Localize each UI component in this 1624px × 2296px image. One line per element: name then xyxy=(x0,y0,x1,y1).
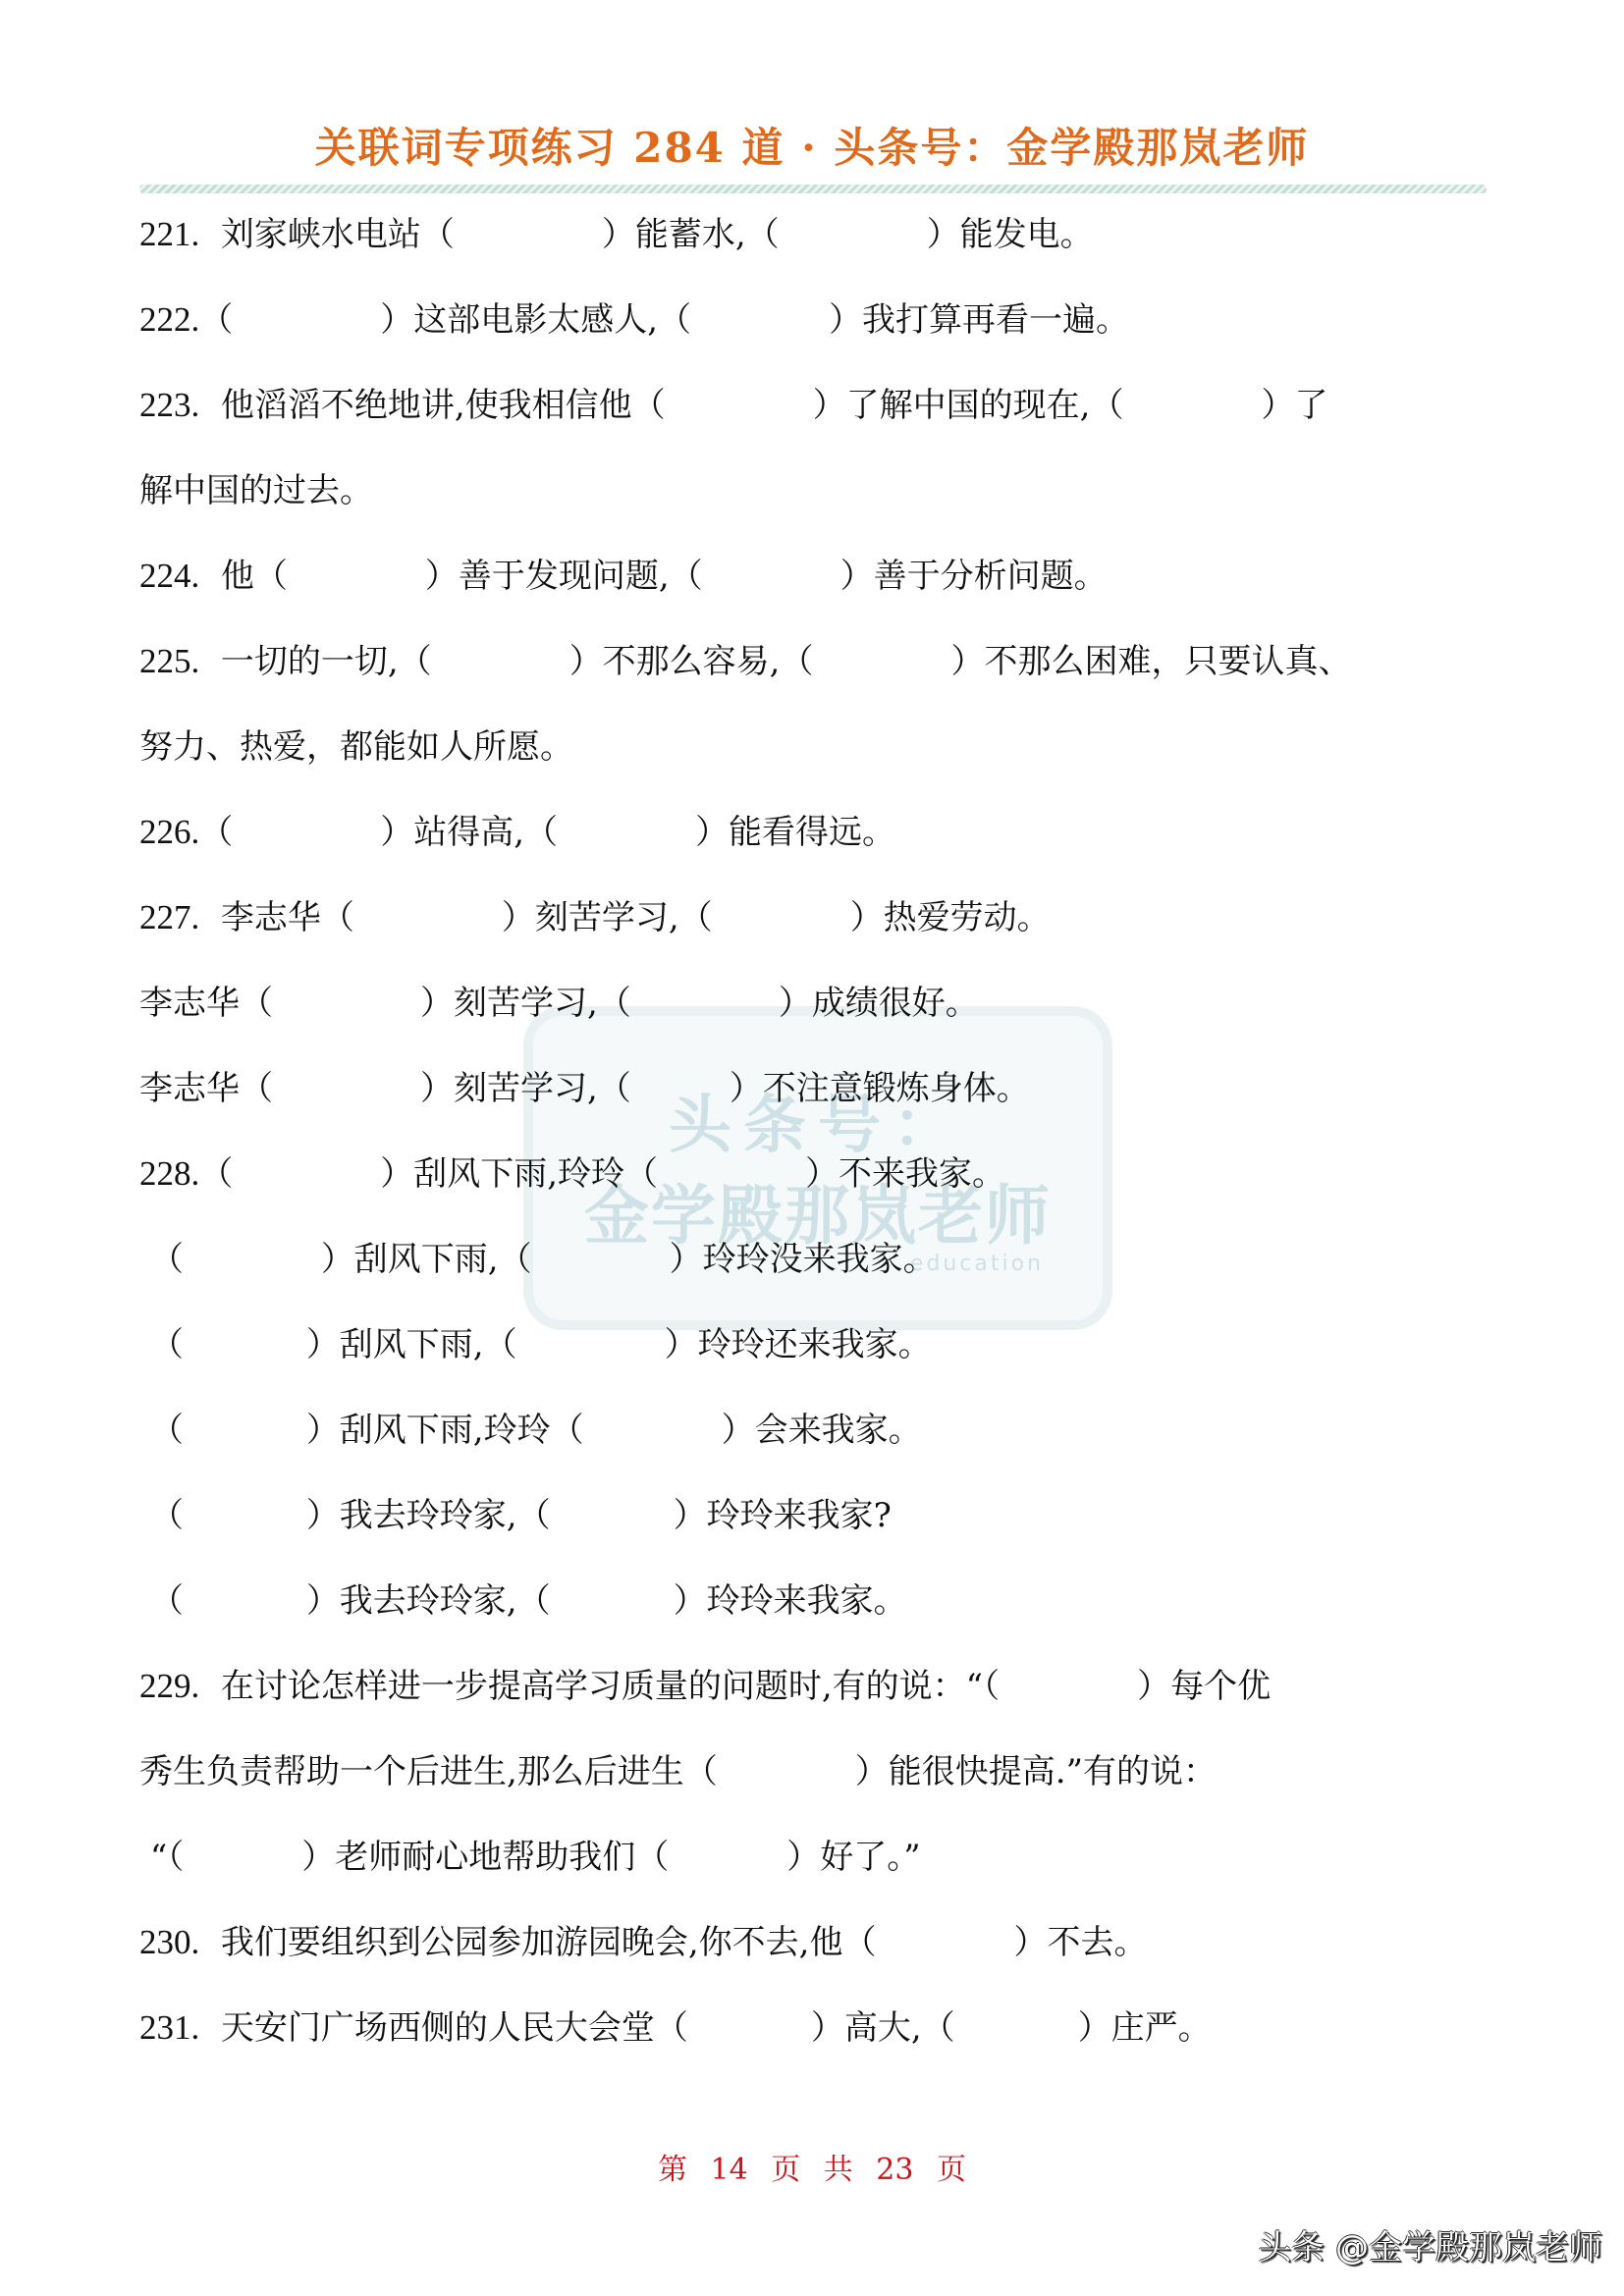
question-225: 225. 一切的一切,（）不那么容易,（）不那么困难，只要认真、 xyxy=(139,633,1494,690)
question-text: ）善于发现问题,（ xyxy=(425,557,703,596)
question-text: ）刻苦学习,（ xyxy=(420,1069,631,1108)
question-text: 他（ xyxy=(221,557,288,596)
question-text: ）了 xyxy=(1262,386,1328,425)
question-text: ）会来我家。 xyxy=(722,1411,922,1450)
question-227: 227. 李志华（）刻苦学习,（）热爱劳动。 xyxy=(139,889,1494,946)
question-text: （ xyxy=(150,1496,184,1535)
page-indicator: 第 14 页 共 23 页 xyxy=(0,2145,1624,2188)
question-text: ）老师耐心地帮助我们（ xyxy=(301,1838,669,1877)
question-224: 224. 他（）善于发现问题,（）善于分析问题。 xyxy=(139,548,1494,605)
brand-watermark: 头条 @金学殿那岚老师 xyxy=(1258,2220,1602,2269)
question-text: 我们要组织到公园参加游园晚会,你不去,他（ xyxy=(221,1923,877,1962)
question-text: ）热爱劳动。 xyxy=(850,898,1051,937)
question-text: （ xyxy=(199,300,233,340)
question-text: ）庄严。 xyxy=(1078,2008,1212,2048)
question-number: 221. xyxy=(139,206,199,263)
question-223-continued: 解中国的过去。 xyxy=(139,462,1494,519)
question-text: ）玲玲还来我家。 xyxy=(665,1325,932,1364)
question-text: ）能看得远。 xyxy=(695,813,895,852)
question-228-sub-6: （）我去玲玲家,（）玲玲来我家。 xyxy=(139,1573,1494,1629)
question-number: 224. xyxy=(139,548,199,605)
question-text: 解中国的过去。 xyxy=(139,471,373,510)
question-text: ）我去玲玲家,（ xyxy=(306,1496,551,1535)
question-text: ）不注意锻炼身体。 xyxy=(730,1069,1030,1108)
question-text: 刘家峡水电站（ xyxy=(221,215,455,254)
question-number: 229. xyxy=(139,1658,199,1715)
question-number: 231. xyxy=(139,2000,199,2056)
question-text: ）刻苦学习,（ xyxy=(420,984,631,1023)
question-text: ）不去。 xyxy=(1014,1923,1148,1962)
question-text: 李志华（ xyxy=(221,898,354,937)
question-text: ）不那么困难，只要认真、 xyxy=(951,642,1352,681)
question-227-sub-3: 李志华（）刻苦学习,（）不注意锻炼身体。 xyxy=(139,1060,1494,1117)
question-text: ）我去玲玲家,（ xyxy=(306,1581,551,1621)
question-text: ）好了。” xyxy=(786,1838,920,1877)
question-text: 努力、热爱，都能如人所愿。 xyxy=(139,727,573,767)
question-229: 229. 在讨论怎样进一步提高学习质量的问题时,有的说：“（）每个优 xyxy=(139,1658,1494,1715)
question-text: ）成绩很好。 xyxy=(779,984,979,1023)
question-225-continued: 努力、热爱，都能如人所愿。 xyxy=(139,719,1494,775)
question-text: ）刮风下雨,玲玲（ xyxy=(306,1411,584,1450)
question-text: “（ xyxy=(150,1838,184,1877)
question-text: 李志华（ xyxy=(139,984,273,1023)
question-text: ）这部电影太感人,（ xyxy=(380,300,691,340)
question-text: 在讨论怎样进一步提高学习质量的问题时,有的说：“（ xyxy=(221,1667,1000,1706)
question-text: ）能蓄水,（ xyxy=(602,215,780,254)
question-231: 231. 天安门广场西侧的人民大会堂（）高大,（）庄严。 xyxy=(139,2000,1494,2056)
question-text: 秀生负责帮助一个后进生,那么后进生（ xyxy=(139,1752,718,1791)
question-number: 230. xyxy=(139,1914,199,1971)
question-number: 228. xyxy=(139,1146,199,1202)
question-number: 225. xyxy=(139,633,199,690)
question-text: ）善于分析问题。 xyxy=(840,557,1108,596)
question-text: ）不来我家。 xyxy=(805,1154,1005,1194)
question-228: 228.（）刮风下雨,玲玲（）不来我家。 xyxy=(139,1146,1494,1202)
question-text: （ xyxy=(150,1411,184,1450)
question-text: 李志华（ xyxy=(139,1069,273,1108)
question-text: ）不那么容易,（ xyxy=(569,642,814,681)
question-text: ）玲玲来我家。 xyxy=(674,1581,907,1621)
question-222: 222.（）这部电影太感人,（）我打算再看一遍。 xyxy=(139,292,1494,348)
header-divider xyxy=(139,185,1487,193)
question-228-sub-2: （）刮风下雨,（）玲玲没来我家。 xyxy=(139,1231,1494,1288)
question-text: ）玲玲来我家? xyxy=(674,1496,892,1535)
question-text: ）刮风下雨,（ xyxy=(321,1240,532,1279)
question-text: 一切的一切,（ xyxy=(221,642,432,681)
question-text: 他滔滔不绝地讲,使我相信他（ xyxy=(221,386,666,425)
question-number: 223. xyxy=(139,377,199,434)
question-text: ）高大,（ xyxy=(811,2008,955,2048)
question-226: 226.（）站得高,（）能看得远。 xyxy=(139,804,1494,861)
question-221: 221. 刘家峡水电站（）能蓄水,（）能发电。 xyxy=(139,206,1494,263)
question-list: 221. 刘家峡水电站（）能蓄水,（）能发电。 222.（）这部电影太感人,（）… xyxy=(139,206,1494,2085)
question-text: （ xyxy=(150,1325,184,1364)
question-text: 天安门广场西侧的人民大会堂（ xyxy=(221,2008,688,2048)
question-text: ）刮风下雨,（ xyxy=(306,1325,517,1364)
question-text: ）我打算再看一遍。 xyxy=(829,300,1129,340)
question-text: ）刻苦学习,（ xyxy=(502,898,713,937)
question-223: 223. 他滔滔不绝地讲,使我相信他（）了解中国的现在,（）了 xyxy=(139,377,1494,434)
question-text: ）玲玲没来我家。 xyxy=(670,1240,937,1279)
question-text: ）刮风下雨,玲玲（ xyxy=(380,1154,658,1194)
question-228-sub-4: （）刮风下雨,玲玲（）会来我家。 xyxy=(139,1402,1494,1459)
question-text: （ xyxy=(199,1154,233,1194)
question-number: 222. xyxy=(139,292,199,348)
question-text: （ xyxy=(150,1240,184,1279)
question-text: （ xyxy=(199,813,233,852)
question-text: ）了解中国的现在,（ xyxy=(813,386,1124,425)
question-230: 230. 我们要组织到公园参加游园晚会,你不去,他（）不去。 xyxy=(139,1914,1494,1971)
question-text: ）能很快提高.”有的说： xyxy=(855,1752,1217,1791)
question-text: （ xyxy=(150,1581,184,1621)
question-text: ）每个优 xyxy=(1137,1667,1271,1706)
question-number: 227. xyxy=(139,889,199,946)
question-number: 226. xyxy=(139,804,199,861)
question-229-continued-1: 秀生负责帮助一个后进生,那么后进生（）能很快提高.”有的说： xyxy=(139,1743,1494,1800)
question-228-sub-3: （）刮风下雨,（）玲玲还来我家。 xyxy=(139,1316,1494,1373)
question-229-continued-2: “（）老师耐心地帮助我们（）好了。” xyxy=(139,1829,1494,1886)
document-title: 关联词专项练习 284 道 · 头条号：金学殿那岚老师 xyxy=(0,116,1624,175)
question-227-sub-2: 李志华（）刻苦学习,（）成绩很好。 xyxy=(139,975,1494,1032)
question-text: ）站得高,（ xyxy=(380,813,558,852)
question-text: ）能发电。 xyxy=(927,215,1094,254)
question-228-sub-5: （）我去玲玲家,（）玲玲来我家? xyxy=(139,1487,1494,1544)
